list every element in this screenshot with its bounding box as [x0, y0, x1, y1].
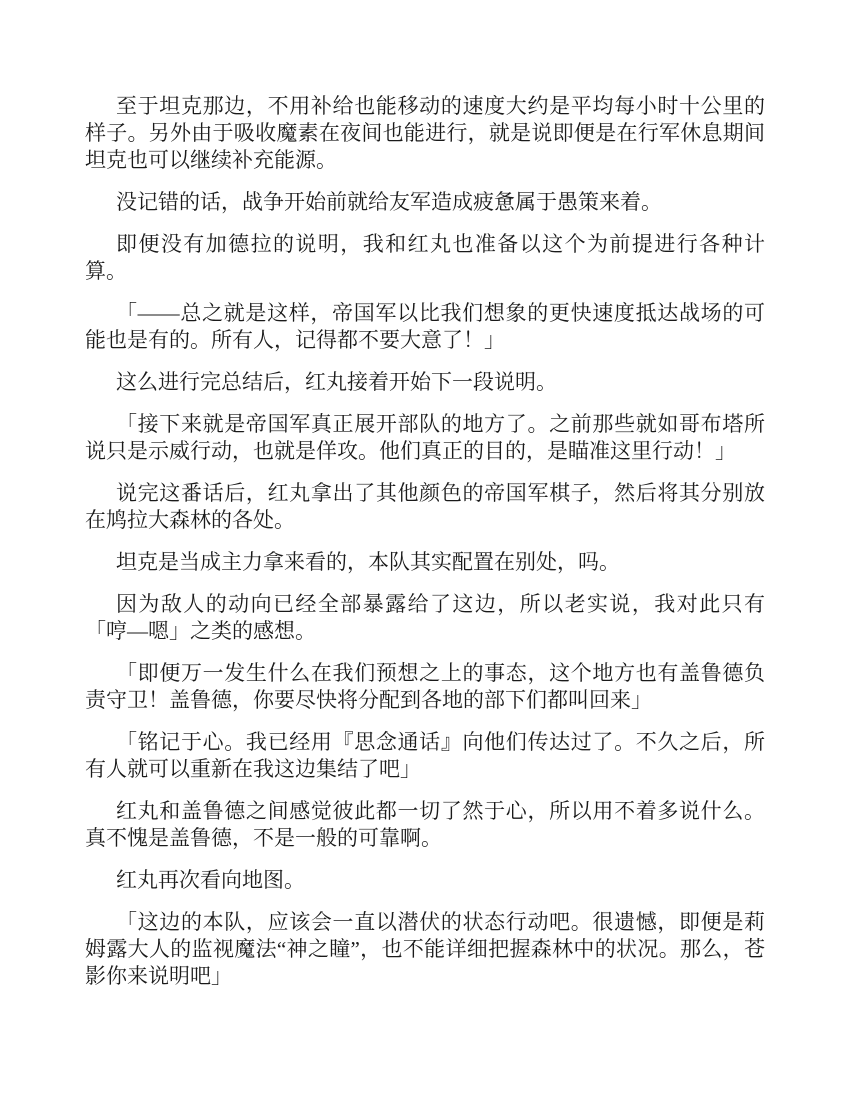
paragraph: 说完这番话后，红丸拿出了其他颜色的帝国军棋子，然后将其分别放在鸠拉大森林的各处。 — [85, 480, 765, 534]
text-content: 至于坦克那边，不用补给也能移动的速度大约是平均每小时十公里的样子。另外由于吸收魔… — [85, 93, 765, 990]
paragraph: 「接下来就是帝国军真正展开部队的地方了。之前那些就如哥布塔所说只是示威行动，也就… — [85, 411, 765, 465]
paragraph: 坦克是当成主力拿来看的，本队其实配置在别处，吗。 — [85, 549, 765, 576]
paragraph: 「铭记于心。我已经用『思念通话』向他们传达过了。不久之后，所有人就可以重新在我这… — [85, 729, 765, 783]
paragraph: 「——总之就是这样，帝国军以比我们想象的更快速度抵达战场的可能也是有的。所有人，… — [85, 300, 765, 354]
document-page: 至于坦克那边，不用补给也能移动的速度大约是平均每小时十公里的样子。另外由于吸收魔… — [0, 0, 850, 1100]
paragraph: 因为敌人的动向已经全部暴露给了这边，所以老实说，我对此只有「哼—嗯」之类的感想。 — [85, 591, 765, 645]
paragraph: 这么进行完总结后，红丸接着开始下一段说明。 — [85, 369, 765, 396]
paragraph: 至于坦克那边，不用补给也能移动的速度大约是平均每小时十公里的样子。另外由于吸收魔… — [85, 93, 765, 174]
paragraph: 红丸再次看向地图。 — [85, 867, 765, 894]
paragraph: 没记错的话，战争开始前就给友军造成疲惫属于愚策来着。 — [85, 189, 765, 216]
paragraph: 「即便万一发生什么在我们预想之上的事态，这个地方也有盖鲁德负责守卫！盖鲁德，你要… — [85, 660, 765, 714]
paragraph: 「这边的本队，应该会一直以潜伏的状态行动吧。很遗憾，即便是莉姆露大人的监视魔法“… — [85, 909, 765, 990]
paragraph: 即便没有加德拉的说明，我和红丸也准备以这个为前提进行各种计算。 — [85, 231, 765, 285]
paragraph: 红丸和盖鲁德之间感觉彼此都一切了然于心，所以用不着多说什么。真不愧是盖鲁德，不是… — [85, 798, 765, 852]
